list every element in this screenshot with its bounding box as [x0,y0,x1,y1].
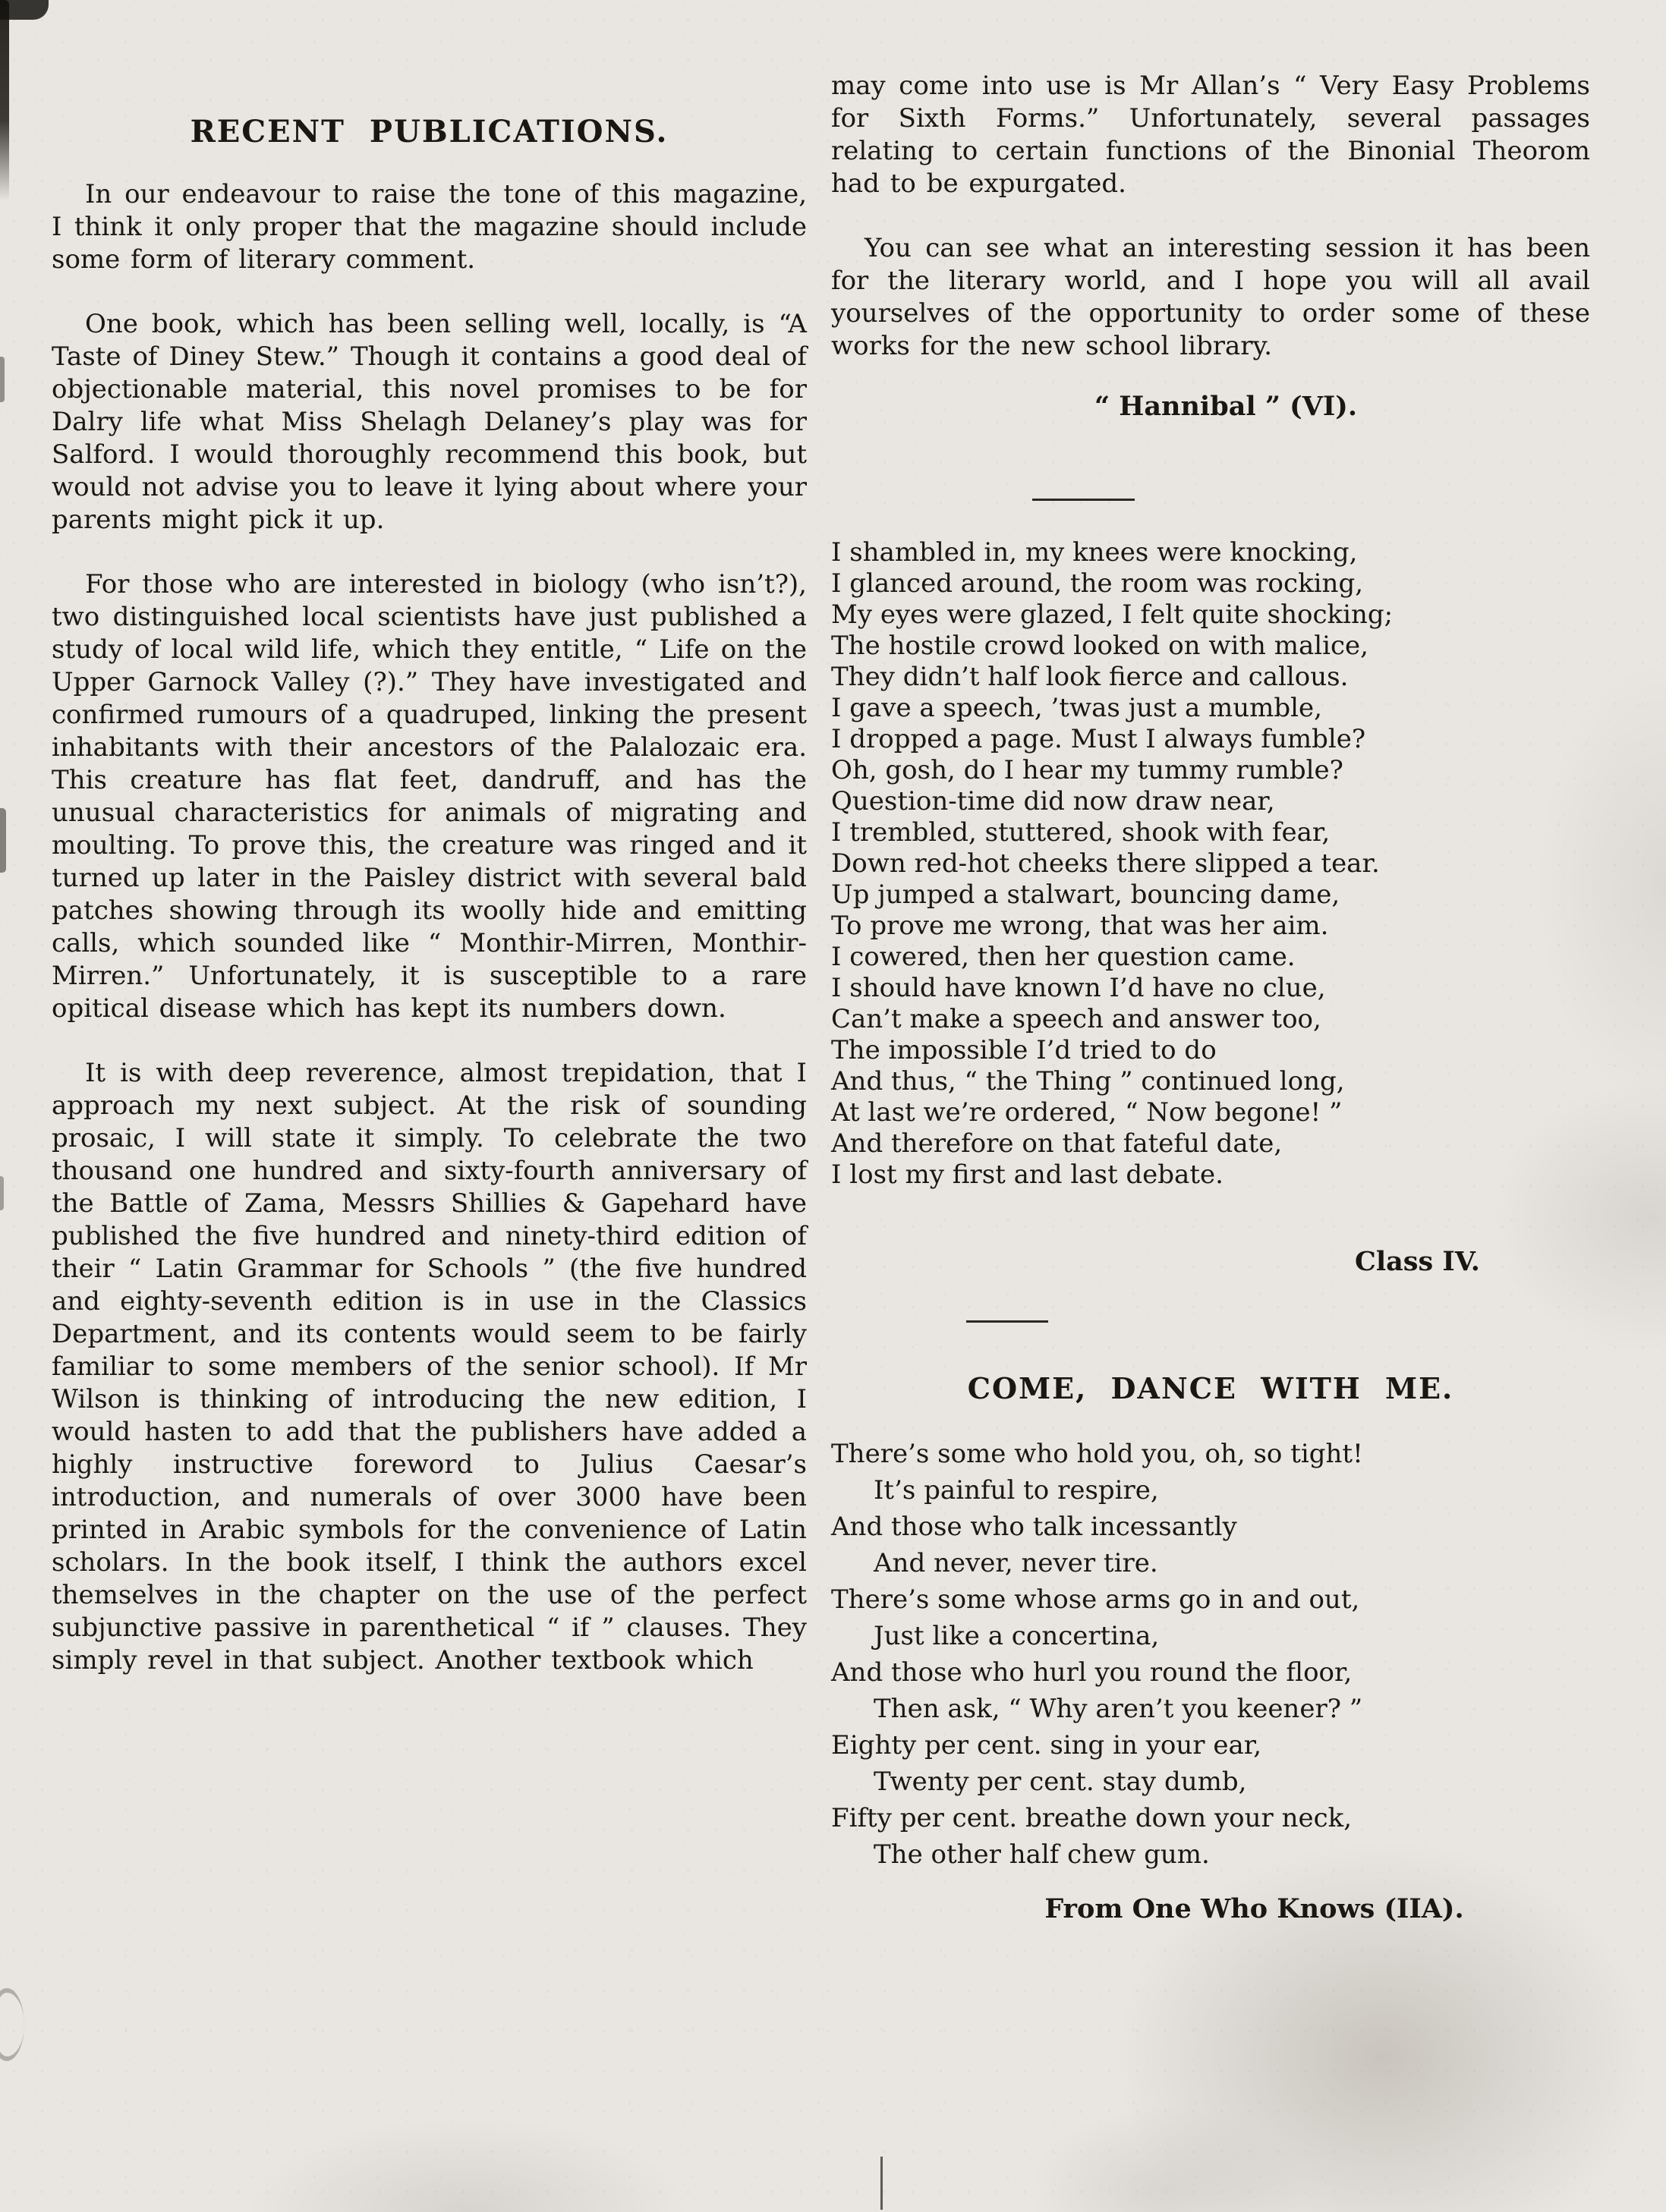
left-column: RECENT PUBLICATIONS. In our endeavour to… [52,114,807,1709]
paragraph: For those who are interested in biology … [52,568,807,1025]
poem-line: Question-time did now draw near, [831,786,1590,817]
scanned-magazine-page: { "left_column": { "heading": "RECENT PU… [0,0,1666,2212]
poem-line: The impossible I’d tried to do [831,1035,1590,1066]
poem-line: My eyes were glazed, I felt quite shocki… [831,599,1590,631]
poem-line: Eighty per cent. sing in your ear, [831,1727,1590,1764]
attribution-one-who-knows: From One Who Knows (IIA). [831,1893,1590,1925]
paragraph: In our endeavour to raise the tone of th… [52,178,807,276]
poem-line: The hostile crowd looked on with malice, [831,631,1590,662]
poem-line: I lost my first and last debate. [831,1159,1590,1191]
section-heading-come-dance: COME, DANCE WITH ME. [831,1371,1590,1405]
poem-line: To prove me wrong, that was her aim. [831,911,1590,942]
poem-line: And thus, “ the Thing ” continued long, [831,1066,1590,1097]
section-heading-recent-publications: RECENT PUBLICATIONS. [52,114,807,149]
right-column: may come into use is Mr Allan’s “ Very E… [831,70,1590,1925]
poem-line: And never, never tire. [831,1545,1590,1581]
poem-line: I shambled in, my knees were knocking, [831,537,1590,568]
attribution-class-iv: Class IV. [831,1245,1590,1278]
poem-line: Twenty per cent. stay dumb, [831,1764,1590,1800]
debate-poem: I shambled in, my knees were knocking,I … [831,537,1590,1191]
scan-artifact [0,0,49,20]
scan-artifact [0,808,6,873]
scan-artifact [0,0,9,201]
scan-artifact [0,1988,24,2061]
poem-line: It’s painful to respire, [831,1472,1590,1509]
poem-line: And therefore on that fateful date, [831,1128,1590,1159]
attribution-hannibal: “ Hannibal ” (VI). [831,390,1590,423]
poem-line: Just like a concertina, [831,1618,1590,1654]
paragraph: It is with deep reverence, almost trepid… [52,1057,807,1677]
poem-line: And those who talk incessantly [831,1509,1590,1545]
dance-poem: There’s some who hold you, oh, so tight!… [831,1436,1590,1873]
poem-line: I glanced around, the room was rocking, [831,568,1590,599]
left-column-paragraphs: In our endeavour to raise the tone of th… [52,178,807,1677]
scan-artifact [0,1176,4,1210]
paragraph: One book, which has been selling well, l… [52,308,807,536]
poem-line: Up jumped a stalwart, bouncing dame, [831,879,1590,911]
poem-line: I trembled, stuttered, shook with fear, [831,817,1590,848]
poem-line: I dropped a page. Must I always fumble? [831,724,1590,755]
paragraph: You can see what an interesting session … [831,232,1590,363]
right-column-paragraphs: may come into use is Mr Allan’s “ Very E… [831,70,1590,363]
poem-line: Fifty per cent. breathe down your neck, [831,1800,1590,1836]
poem-line: The other half chew gum. [831,1836,1590,1873]
poem-line: At last we’re ordered, “ Now begone! ” [831,1097,1590,1128]
poem-line: Then ask, “ Why aren’t you keener? ” [831,1691,1590,1727]
poem-line: There’s some who hold you, oh, so tight! [831,1436,1590,1472]
poem-line: Down red-hot cheeks there slipped a tear… [831,848,1590,879]
poem-line: I should have known I’d have no clue, [831,973,1590,1004]
scan-artifact [0,357,5,402]
poem-line: They didn’t half look fierce and callous… [831,662,1590,693]
scan-artifact [880,2157,883,2210]
poem-line: And those who hurl you round the floor, [831,1654,1590,1691]
poem-line: Can’t make a speech and answer too, [831,1004,1590,1035]
poem-line: Oh, gosh, do I hear my tummy rumble? [831,755,1590,786]
section-divider [1032,499,1135,501]
poem-line: I gave a speech, ’twas just a mumble, [831,693,1590,724]
section-divider [966,1320,1048,1323]
paragraph: may come into use is Mr Allan’s “ Very E… [831,70,1590,200]
poem-line: There’s some whose arms go in and out, [831,1581,1590,1618]
poem-line: I cowered, then her question came. [831,942,1590,973]
